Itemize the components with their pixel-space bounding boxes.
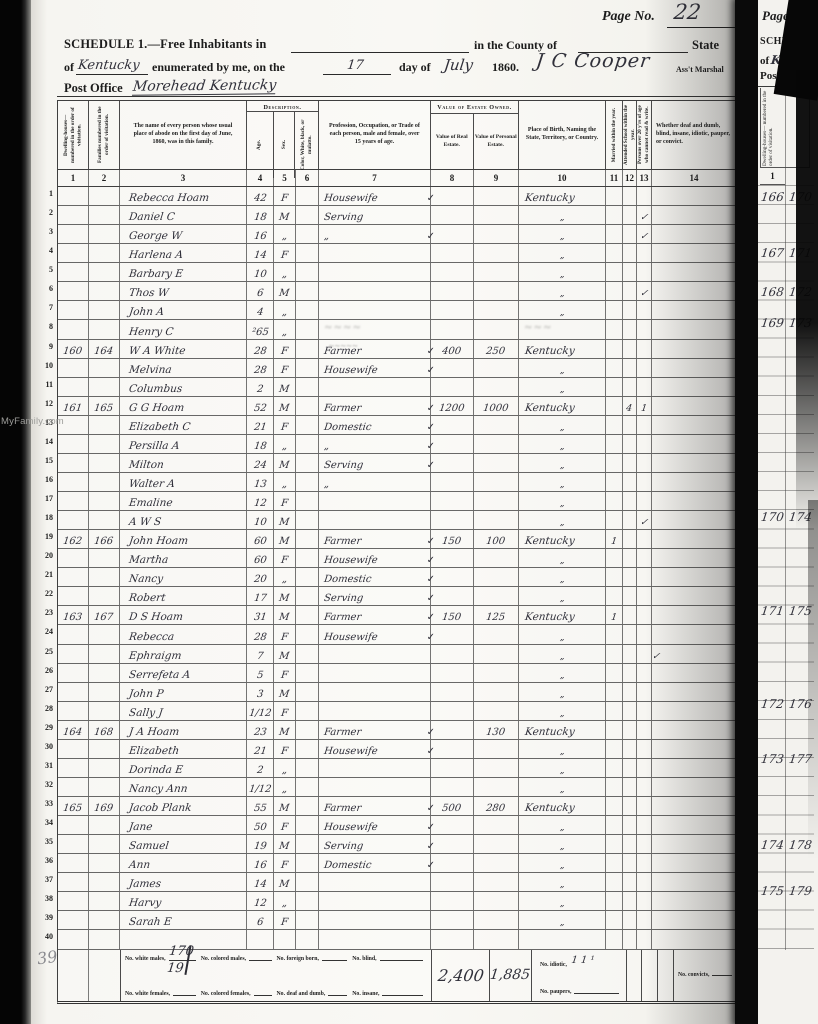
table-row: John P3M„: [58, 683, 736, 702]
cell-name: Ephraigm: [120, 645, 247, 663]
cell-c13: [637, 263, 652, 281]
cell-family: [89, 473, 120, 491]
cell-c11: [606, 225, 623, 243]
census-table: Dwelling-houses— numbered in the order o…: [57, 100, 737, 1004]
cell-c11: [606, 759, 623, 777]
cell-c11: [606, 568, 623, 586]
cell-occupation: [319, 778, 431, 796]
cell-c14: [652, 340, 736, 358]
header-age: Age.: [247, 112, 274, 178]
cell-color: [296, 263, 319, 281]
cell-birth: ~~~: [519, 320, 606, 338]
table-row: Martha60FHousewife✓„: [58, 549, 736, 568]
cell-personal: 130: [474, 721, 519, 739]
cell-c11: [606, 244, 623, 262]
header-dwelling: Dwelling-houses— numbered in the order o…: [58, 101, 89, 169]
cell-c13: [637, 797, 652, 815]
cell-personal: [474, 320, 519, 338]
cell-color: [296, 454, 319, 472]
cell-family: [89, 683, 120, 701]
cell-c11: [606, 816, 623, 834]
cell-c12: [623, 359, 637, 377]
cell-color: [296, 702, 319, 720]
cell-sex: F: [274, 359, 296, 377]
cell-family: [89, 568, 120, 586]
cell-personal: [474, 892, 519, 910]
header-name: The name of every person whose usual pla…: [120, 101, 247, 169]
cell-occupation: Serving: [319, 206, 431, 224]
cell-c13: [637, 187, 652, 205]
cell-age: 31: [247, 606, 274, 624]
cell-age: 12: [247, 892, 274, 910]
header-birthplace: Place of Birth, Naming the State, Territ…: [519, 101, 606, 169]
cell-c14: [652, 244, 736, 262]
cell-c11: [606, 854, 623, 872]
cell-personal: [474, 359, 519, 377]
footer-tally-field: No. white females,: [125, 991, 201, 997]
cell-birth: „: [519, 282, 606, 300]
cell-name: Sarah E: [120, 911, 247, 929]
cell-real: [431, 320, 474, 338]
table-row: Jane50FHousewife✓„: [58, 816, 736, 835]
cell-sex: [274, 930, 296, 948]
cell-real: [431, 263, 474, 281]
cell-real: [431, 454, 474, 472]
cell-c14: [652, 740, 736, 758]
adjacent-entry: 171175: [761, 604, 812, 618]
cell-c13: [637, 340, 652, 358]
cell-personal: [474, 282, 519, 300]
cell-real: [431, 416, 474, 434]
cell-birth: „: [519, 454, 606, 472]
cell-color: [296, 359, 319, 377]
cell-real: [431, 892, 474, 910]
cell-age: 6: [247, 282, 274, 300]
row-line-number: 40: [36, 927, 53, 946]
cell-c11: [606, 187, 623, 205]
cell-personal: 280: [474, 797, 519, 815]
cell-sex: F: [274, 740, 296, 758]
cell-family: [89, 740, 120, 758]
cell-name: Serrefeta A: [120, 664, 247, 682]
cell-color: [296, 244, 319, 262]
cell-sex: „: [274, 473, 296, 491]
cell-dwelling: [58, 435, 89, 453]
page-no-underline: [667, 27, 741, 28]
column-number: 8: [431, 170, 474, 186]
cell-c13: [637, 244, 652, 262]
column-number: 9: [474, 170, 519, 186]
cell-c12: [623, 549, 637, 567]
cell-birth: Kentucky: [519, 530, 606, 548]
cell-c14: [652, 702, 736, 720]
cell-real: [431, 244, 474, 262]
row-line-number: 2: [36, 203, 53, 222]
cell-age: 20: [247, 568, 274, 586]
cell-family: [89, 930, 120, 948]
cell-color: [296, 683, 319, 701]
cell-c14: [652, 473, 736, 491]
cell-c14: [652, 568, 736, 586]
cell-family: [89, 645, 120, 663]
cell-c12: [623, 225, 637, 243]
cell-age: 16: [247, 854, 274, 872]
cell-birth: „: [519, 854, 606, 872]
cell-name: George W: [120, 225, 247, 243]
white-females-count: 19: [166, 961, 184, 976]
row-line-number: 16: [36, 470, 53, 489]
cell-birth: Kentucky: [519, 187, 606, 205]
cell-dwelling: [58, 778, 89, 796]
cell-real: [431, 759, 474, 777]
cell-c14: [652, 759, 736, 777]
cell-family: 168: [89, 721, 120, 739]
cell-c14: [652, 549, 736, 567]
table-row: Milton24MServing✓„: [58, 454, 736, 473]
cell-c12: [623, 854, 637, 872]
cell-sex: M: [274, 206, 296, 224]
cell-color: [296, 835, 319, 853]
table-row: James14M„: [58, 873, 736, 892]
cell-dwelling: 161: [58, 397, 89, 415]
cell-dwelling: [58, 816, 89, 834]
cell-family: [89, 511, 120, 529]
cell-occupation: [319, 759, 431, 777]
cell-birth: „: [519, 473, 606, 491]
cell-occupation: Serving✓: [319, 454, 431, 472]
cell-name: Samuel: [120, 835, 247, 853]
cell-c14: [652, 320, 736, 338]
cell-occupation: „✓: [319, 435, 431, 453]
cell-name: John A: [120, 301, 247, 319]
description-band: Description.: [247, 101, 318, 112]
cell-sex: F: [274, 816, 296, 834]
cell-family: [89, 549, 120, 567]
table-row: Barbary E10„„: [58, 263, 736, 282]
cell-occupation: [319, 492, 431, 510]
cell-c13: [637, 778, 652, 796]
cell-sex: „: [274, 320, 296, 338]
cell-c12: [623, 206, 637, 224]
row-line-number: 33: [36, 794, 53, 813]
cell-color: [296, 473, 319, 491]
cell-c12: [623, 416, 637, 434]
header-cannot-read: Persons over 20 y'rs of age who cannot r…: [637, 101, 652, 169]
census-page: Page No. 22 SCHEDULE 1.—Free Inhabitants…: [31, 0, 735, 1024]
cell-c11: [606, 340, 623, 358]
cell-birth: „: [519, 873, 606, 891]
cell-sex: F: [274, 492, 296, 510]
cell-family: [89, 492, 120, 510]
cell-dwelling: [58, 378, 89, 396]
cell-personal: [474, 378, 519, 396]
cell-name: Barbary E: [120, 263, 247, 281]
cell-c12: [623, 683, 637, 701]
cell-birth: „: [519, 568, 606, 586]
cell-c12: [623, 797, 637, 815]
row-line-number: 37: [36, 870, 53, 889]
cell-family: [89, 244, 120, 262]
cell-c12: [623, 759, 637, 777]
cell-family: 166: [89, 530, 120, 548]
cell-birth: „: [519, 416, 606, 434]
cell-c12: [623, 778, 637, 796]
cell-real: [431, 282, 474, 300]
cell-color: [296, 435, 319, 453]
cell-name: John P: [120, 683, 247, 701]
cell-color: [296, 187, 319, 205]
post-office-value: Morehead Kentucky: [132, 77, 277, 95]
cell-personal: [474, 416, 519, 434]
table-row: Ann16FDomestic✓„: [58, 854, 736, 873]
cell-real: [431, 835, 474, 853]
row-line-number: 4: [36, 241, 53, 260]
cell-real: [431, 473, 474, 491]
cell-dwelling: [58, 740, 89, 758]
cell-age: 14: [247, 873, 274, 891]
cell-birth: „: [519, 492, 606, 510]
cell-family: [89, 854, 120, 872]
cell-c14: [652, 282, 736, 300]
cell-age: 3: [247, 683, 274, 701]
cell-occupation: [319, 511, 431, 529]
cell-age: 2: [247, 378, 274, 396]
cell-occupation: [319, 892, 431, 910]
blank-line: [574, 992, 619, 994]
cell-dwelling: [58, 359, 89, 377]
cell-family: [89, 702, 120, 720]
row-line-number: 35: [36, 832, 53, 851]
table-row: Sarah E6F„: [58, 911, 736, 930]
cell-age: 50: [247, 816, 274, 834]
cell-dwelling: [58, 244, 89, 262]
cell-occupation: [319, 873, 431, 891]
cell-occupation: Farmer✓: [319, 530, 431, 548]
cell-sex: M: [274, 587, 296, 605]
cell-c14: [652, 835, 736, 853]
cell-c14: [652, 263, 736, 281]
cell-age: 23: [247, 721, 274, 739]
cell-c12: [623, 301, 637, 319]
cell-c11: [606, 625, 623, 643]
row-line-number: 39: [36, 908, 53, 927]
cell-color: [296, 740, 319, 758]
cell-personal: [474, 911, 519, 929]
cell-occupation: Housewife✓: [319, 740, 431, 758]
cell-c13: [637, 359, 652, 377]
header-whether: Whether deaf and dumb, blind, insane, id…: [652, 101, 736, 169]
cell-dwelling: [58, 873, 89, 891]
cell-name: Martha: [120, 549, 247, 567]
cell-real: [431, 435, 474, 453]
cell-real: [431, 645, 474, 663]
cell-age: ²65: [247, 320, 274, 338]
cell-color: [296, 301, 319, 319]
cell-name: James: [120, 873, 247, 891]
cell-sex: F: [274, 340, 296, 358]
row-line-number: 20: [36, 546, 53, 565]
cell-family: [89, 359, 120, 377]
row-line-number: 22: [36, 584, 53, 603]
row-line-number: 25: [36, 642, 53, 661]
cell-real: [431, 187, 474, 205]
cell-occupation: ~~~~: [319, 320, 431, 338]
cell-personal: [474, 835, 519, 853]
cell-sex: F: [274, 244, 296, 262]
day-handwritten: 17: [346, 58, 364, 73]
column-number: 5: [274, 170, 296, 186]
cell-c11: 1: [606, 606, 623, 624]
cell-age: 13: [247, 473, 274, 491]
row-line-number: 9: [36, 337, 53, 356]
table-row: Daniel C18MServing„✓: [58, 206, 736, 225]
post-office-label: Post Office: [64, 81, 123, 96]
row-line-number: 26: [36, 661, 53, 680]
cell-name: Persilla A: [120, 435, 247, 453]
cell-birth: Kentucky: [519, 797, 606, 815]
cell-birth: „: [519, 740, 606, 758]
cell-c13: ✓: [637, 282, 652, 300]
cell-occupation: [319, 282, 431, 300]
row-line-number: 12: [36, 394, 53, 413]
cell-color: [296, 854, 319, 872]
cell-real: 150: [431, 530, 474, 548]
cell-birth: „: [519, 835, 606, 853]
cell-c12: [623, 892, 637, 910]
cell-c12: [623, 378, 637, 396]
cell-c11: [606, 873, 623, 891]
table-row: Nancy Ann1/12„„: [58, 778, 736, 797]
table-row: John A4„„: [58, 301, 736, 320]
cell-c11: [606, 397, 623, 415]
cell-birth: „: [519, 511, 606, 529]
row-line-number: 7: [36, 298, 53, 317]
cell-personal: [474, 492, 519, 510]
cell-c12: [623, 625, 637, 643]
scan-right-edge-fade: [808, 500, 818, 860]
cell-c11: [606, 721, 623, 739]
cell-personal: 125: [474, 606, 519, 624]
personal-estate-total: 1,885: [489, 950, 531, 1001]
cell-dwelling: [58, 911, 89, 929]
cell-color: [296, 759, 319, 777]
cell-sex: F: [274, 854, 296, 872]
cell-c14: [652, 892, 736, 910]
cell-birth: „: [519, 911, 606, 929]
cell-personal: [474, 301, 519, 319]
cell-c14: [652, 606, 736, 624]
footer-tally-field: No. foreign born,: [277, 956, 353, 962]
cell-age: 18: [247, 435, 274, 453]
adjacent-page-strip: Page SCHED ofKe Post O Dwelling-houses— …: [758, 0, 818, 1024]
month-handwritten: July: [443, 56, 474, 74]
cell-occupation: [319, 930, 431, 948]
cell-dwelling: [58, 892, 89, 910]
cell-c14: [652, 930, 736, 948]
row-line-number: 27: [36, 680, 53, 699]
cell-color: [296, 587, 319, 605]
cell-dwelling: [58, 759, 89, 777]
header-married: Married within the year.: [606, 101, 623, 169]
table-row: Elizabeth C21FDomestic✓„: [58, 416, 736, 435]
cell-c13: [637, 911, 652, 929]
cell-personal: [474, 187, 519, 205]
cell-dwelling: [58, 835, 89, 853]
cell-name: John Hoam: [120, 530, 247, 548]
cell-age: 28: [247, 625, 274, 643]
cell-age: 4: [247, 301, 274, 319]
cell-sex: F: [274, 416, 296, 434]
cell-c14: [652, 873, 736, 891]
cell-occupation: [319, 244, 431, 262]
cell-c14: [652, 816, 736, 834]
cell-sex: M: [274, 530, 296, 548]
marshal-signature: J C Cooper: [535, 50, 652, 72]
row-line-number: 19: [36, 527, 53, 546]
cell-age: 14: [247, 244, 274, 262]
cell-dwelling: 164: [58, 721, 89, 739]
cell-c11: [606, 301, 623, 319]
table-row: Elizabeth21FHousewife✓„: [58, 740, 736, 759]
column-number: 10: [519, 170, 606, 186]
cell-c11: [606, 702, 623, 720]
cell-c12: [623, 244, 637, 262]
footer-empty-cells: [58, 950, 120, 1001]
cell-personal: [474, 645, 519, 663]
cell-age: 10: [247, 511, 274, 529]
cell-birth: „: [519, 435, 606, 453]
cell-personal: [474, 225, 519, 243]
cell-age: 28: [247, 359, 274, 377]
cell-color: [296, 664, 319, 682]
cell-color: [296, 320, 319, 338]
year-label: 1860.: [492, 60, 519, 75]
cell-sex: F: [274, 911, 296, 929]
cell-real: [431, 778, 474, 796]
cell-c12: [623, 930, 637, 948]
cell-age: 60: [247, 530, 274, 548]
cell-sex: M: [274, 397, 296, 415]
cell-color: [296, 606, 319, 624]
cell-age: 52: [247, 397, 274, 415]
cell-occupation: [319, 664, 431, 682]
cell-personal: [474, 511, 519, 529]
cell-age: 16: [247, 225, 274, 243]
cell-name: Melvina: [120, 359, 247, 377]
cell-personal: [474, 873, 519, 891]
cell-dwelling: [58, 282, 89, 300]
cell-personal: 100: [474, 530, 519, 548]
cell-name: Henry C: [120, 320, 247, 338]
cell-dwelling: [58, 206, 89, 224]
header-school: Attended School within the year.: [623, 101, 637, 169]
row-line-number: 8: [36, 317, 53, 336]
row-line-number: 1: [36, 184, 53, 203]
cell-age: 1/12: [247, 778, 274, 796]
table-row: Thos W6M„✓: [58, 282, 736, 301]
cell-occupation: Housewife✓: [319, 816, 431, 834]
cell-occupation: [319, 683, 431, 701]
table-row: Rebecca Hoam42FHousewife✓Kentucky: [58, 187, 736, 206]
cell-sex: F: [274, 625, 296, 643]
header-families: Families numbered in the order of visita…: [89, 101, 120, 169]
page-gutter: [735, 0, 758, 1024]
cell-name: Emaline: [120, 492, 247, 510]
cell-dwelling: [58, 301, 89, 319]
column-number: 13: [637, 170, 652, 186]
column-number: 6: [296, 170, 319, 186]
cell-c12: [623, 702, 637, 720]
